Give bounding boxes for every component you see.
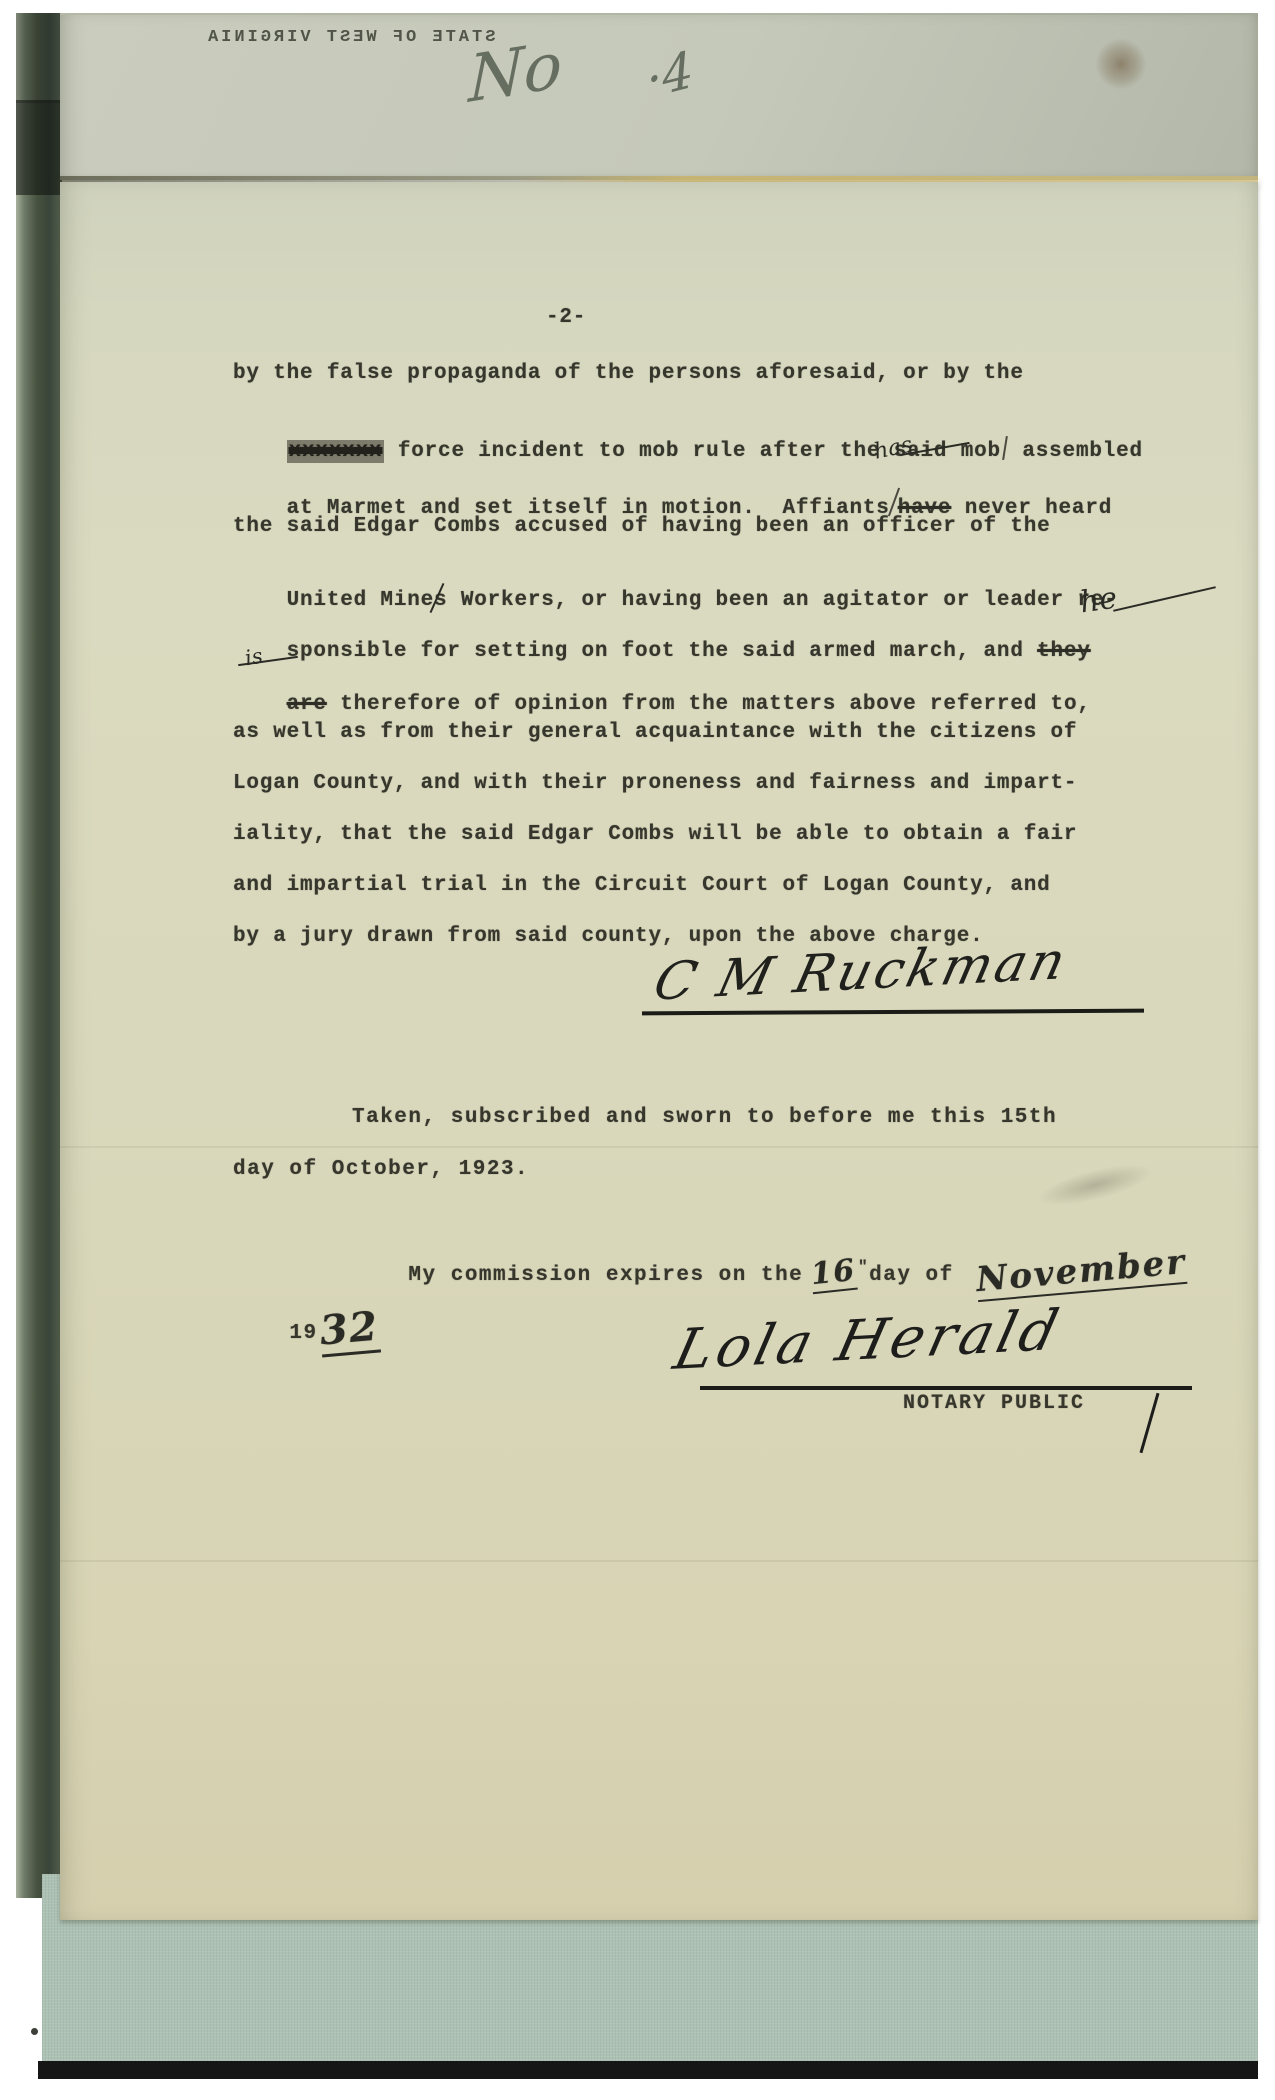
struck-word-are: are	[287, 693, 327, 716]
body-line-2-end: assembled	[1009, 440, 1143, 463]
book-gutter-strip	[16, 13, 62, 1898]
notary-title: NOTARY PUBLIC	[903, 1392, 1085, 1415]
body-line-10: iality, that the said Edgar Combs will b…	[233, 823, 1077, 846]
body-line-9: Logan County, and with their proneness a…	[233, 772, 1077, 795]
crease-line	[60, 1560, 1258, 1562]
book-gutter-dark-patch	[16, 100, 62, 195]
handwritten-is: is	[243, 644, 264, 671]
struck-word-they: they	[1037, 640, 1091, 663]
signature-line	[700, 1386, 1192, 1390]
commission-mid: day of	[869, 1264, 954, 1287]
blackout-word: xxxxxxx	[287, 440, 385, 463]
case-number-word: No	[468, 28, 563, 118]
body-line-11: and impartial trial in the Circuit Court…	[233, 874, 1051, 897]
crease-line	[60, 1146, 1258, 1148]
scanned-affidavit-page: STATE OF WEST VIRGINIA No ·4 -2- by the …	[0, 0, 1275, 2100]
pen-stroke	[1002, 436, 1008, 460]
scanner-edge-strip	[38, 2061, 1258, 2079]
commission-month-handwritten: November	[974, 1242, 1187, 1302]
jurat-line-1: Taken, subscribed and sworn to before me…	[352, 1106, 1057, 1129]
dust-speck	[31, 2028, 38, 2035]
jurat-line-2: day of October, 1923.	[233, 1158, 529, 1181]
case-number-digit: ·4	[644, 40, 696, 110]
book-gutter-shade	[16, 13, 62, 103]
body-line-5-post: Workers, or having been an agitator or l…	[447, 589, 1117, 612]
ink-stain	[1095, 38, 1147, 90]
body-line-8: as well as from their general acquaintan…	[233, 721, 1077, 744]
handwritten-he: he	[1078, 581, 1120, 621]
body-line-1: by the false propaganda of the persons a…	[233, 362, 1024, 385]
year-line: 1932	[233, 1282, 378, 1378]
commission-pre: My commission expires on the	[408, 1264, 803, 1287]
year-handwritten: 32	[318, 1303, 381, 1358]
ditto-mark: "	[858, 1258, 869, 1276]
body-line-6-pre: sponsible for setting on foot the said a…	[287, 640, 1038, 663]
bleedthrough-stamp: STATE OF WEST VIRGINIA	[205, 28, 495, 47]
year-typed: 19	[289, 1322, 317, 1345]
slashed-letter: s	[434, 589, 447, 612]
body-line-7-post: therefore of opinion from the matters ab…	[327, 693, 1091, 716]
commission-day-handwritten: 16	[809, 1253, 857, 1294]
page-number: -2-	[546, 306, 586, 329]
body-line-4: the said Edgar Combs accused of having b…	[233, 515, 1051, 538]
body-line-5-pre: United Mine	[287, 589, 434, 612]
